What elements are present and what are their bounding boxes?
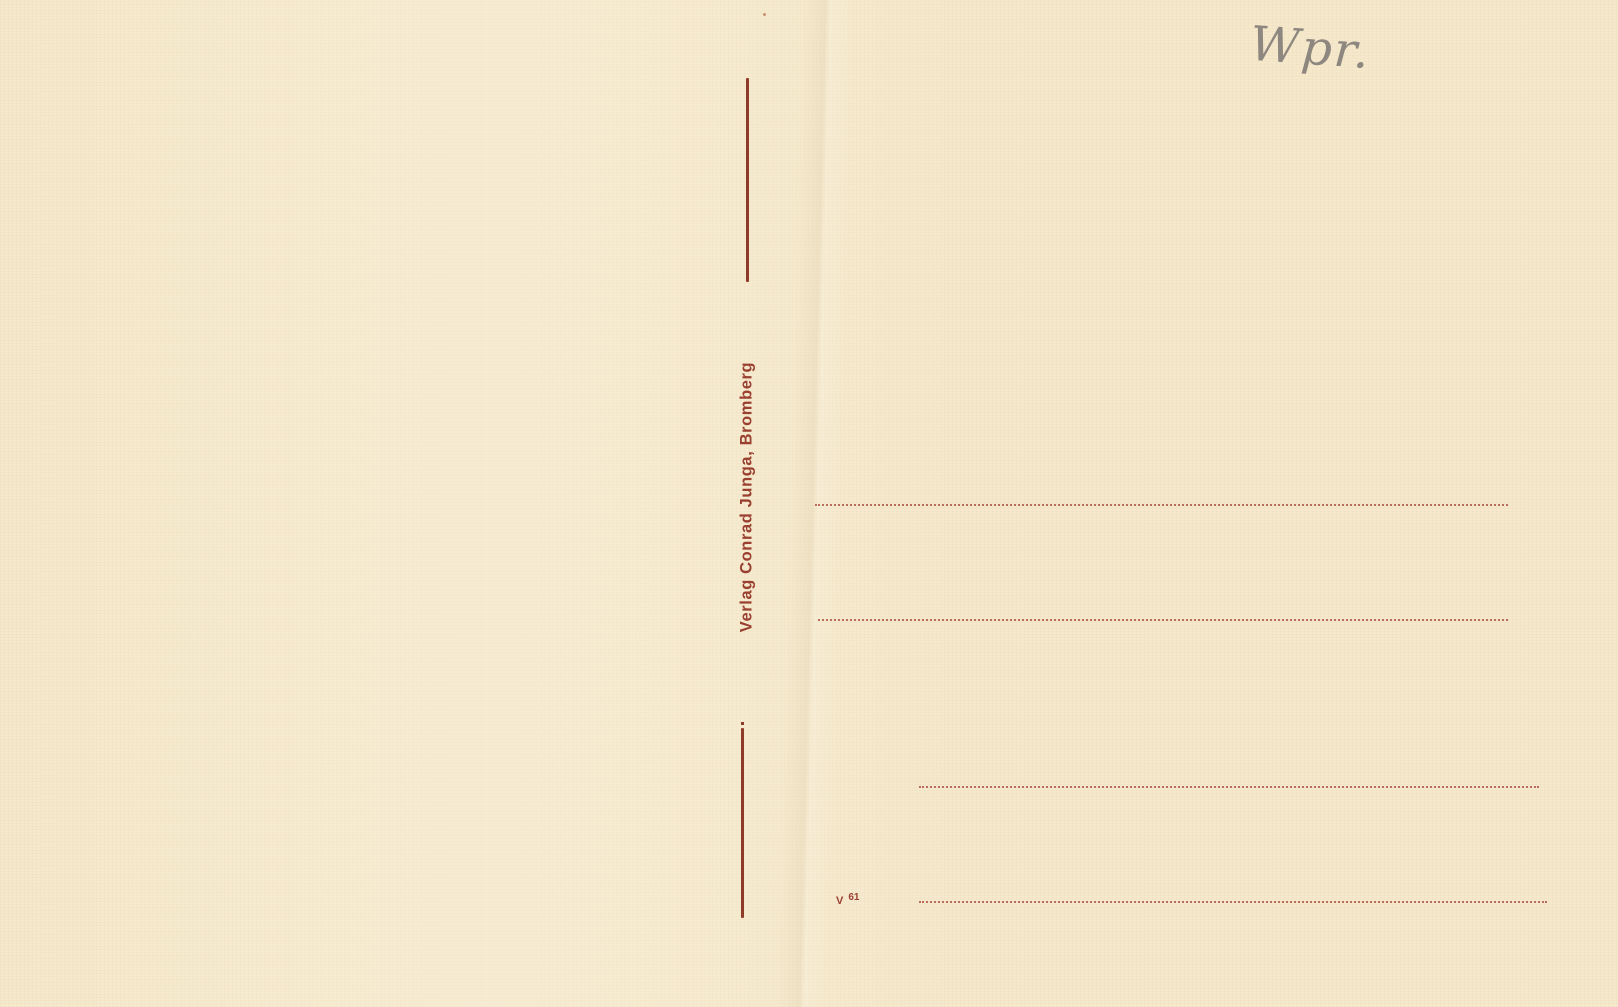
card-code-letter: V: [836, 895, 843, 907]
handwritten-note: Wpr.: [1248, 16, 1373, 80]
publisher-imprint: Verlag Conrad Junga, Bromberg: [738, 362, 757, 632]
postcard-back: Wpr. Verlag Conrad Junga, Bromberg V61: [0, 0, 1618, 1007]
address-line-2: [818, 619, 1508, 621]
address-line-4: [919, 901, 1547, 903]
address-line-3: [919, 786, 1539, 788]
ink-speck: [763, 13, 766, 16]
divider-dot: [741, 722, 744, 725]
card-code-number: 61: [848, 892, 859, 903]
center-divider-top: [746, 78, 749, 282]
address-line-1: [815, 504, 1508, 506]
center-divider-bottom: [741, 728, 744, 918]
card-code: V61: [836, 895, 859, 907]
